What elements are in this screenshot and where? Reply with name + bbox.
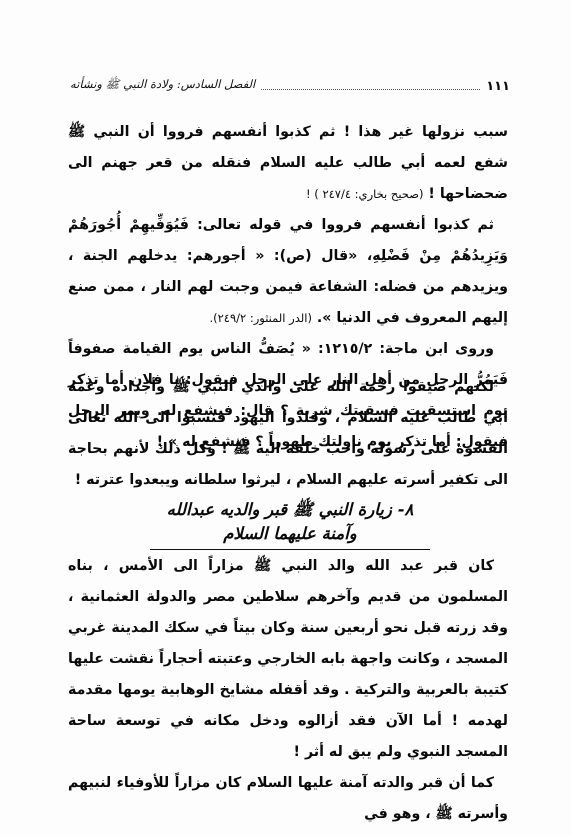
- paragraph: كما أن قبر والدته آمنة عليها السلام كان …: [68, 768, 508, 830]
- page-number: ١١١: [486, 79, 510, 94]
- running-header: الفصل السادس: ولادة النبي ﷺ ونشأته ١١١: [70, 74, 510, 94]
- paragraph-text: سبب نزولها غير هذا ! ثم كذبوا أنفسهم فرو…: [68, 124, 508, 202]
- paragraph: كان قبر عبد الله والد النبي ﷺ مزاراً الى…: [68, 551, 508, 768]
- paragraph-text: لكنهم ضيقوا رحمة الله على والدي النبي ﷺ …: [68, 379, 508, 488]
- text-block-middle: لكنهم ضيقوا رحمة الله على والدي النبي ﷺ …: [68, 372, 508, 496]
- paragraph: سبب نزولها غير هذا ! ثم كذبوا أنفسهم فرو…: [68, 117, 508, 210]
- citation: (صحيح بخاري: ٢٤٧/٤ ) !: [306, 187, 423, 201]
- paragraph: لكنهم ضيقوا رحمة الله على والدي النبي ﷺ …: [68, 372, 508, 496]
- paragraph-text: كان قبر عبد الله والد النبي ﷺ مزاراً الى…: [68, 558, 508, 760]
- section-heading: ٨- زيارة النبي ﷺ قبر والديه عبدالله وآمن…: [150, 498, 430, 550]
- header-leader-line: [261, 89, 480, 90]
- text-block-bottom: كان قبر عبد الله والد النبي ﷺ مزاراً الى…: [68, 551, 508, 830]
- paragraph-text: كما أن قبر والدته آمنة عليها السلام كان …: [68, 775, 508, 822]
- document-page: الفصل السادس: ولادة النبي ﷺ ونشأته ١١١ س…: [0, 0, 571, 836]
- paragraph: ثم كذبوا أنفسهم فرووا في قوله تعالى: فَي…: [68, 210, 508, 334]
- paragraph-text: ثم كذبوا أنفسهم فرووا في قوله تعالى: فَي…: [68, 217, 508, 326]
- citation: (الدر المنثور: ٢٤٩/٢).: [209, 311, 312, 325]
- chapter-title: الفصل السادس: ولادة النبي ﷺ ونشأته: [70, 77, 255, 94]
